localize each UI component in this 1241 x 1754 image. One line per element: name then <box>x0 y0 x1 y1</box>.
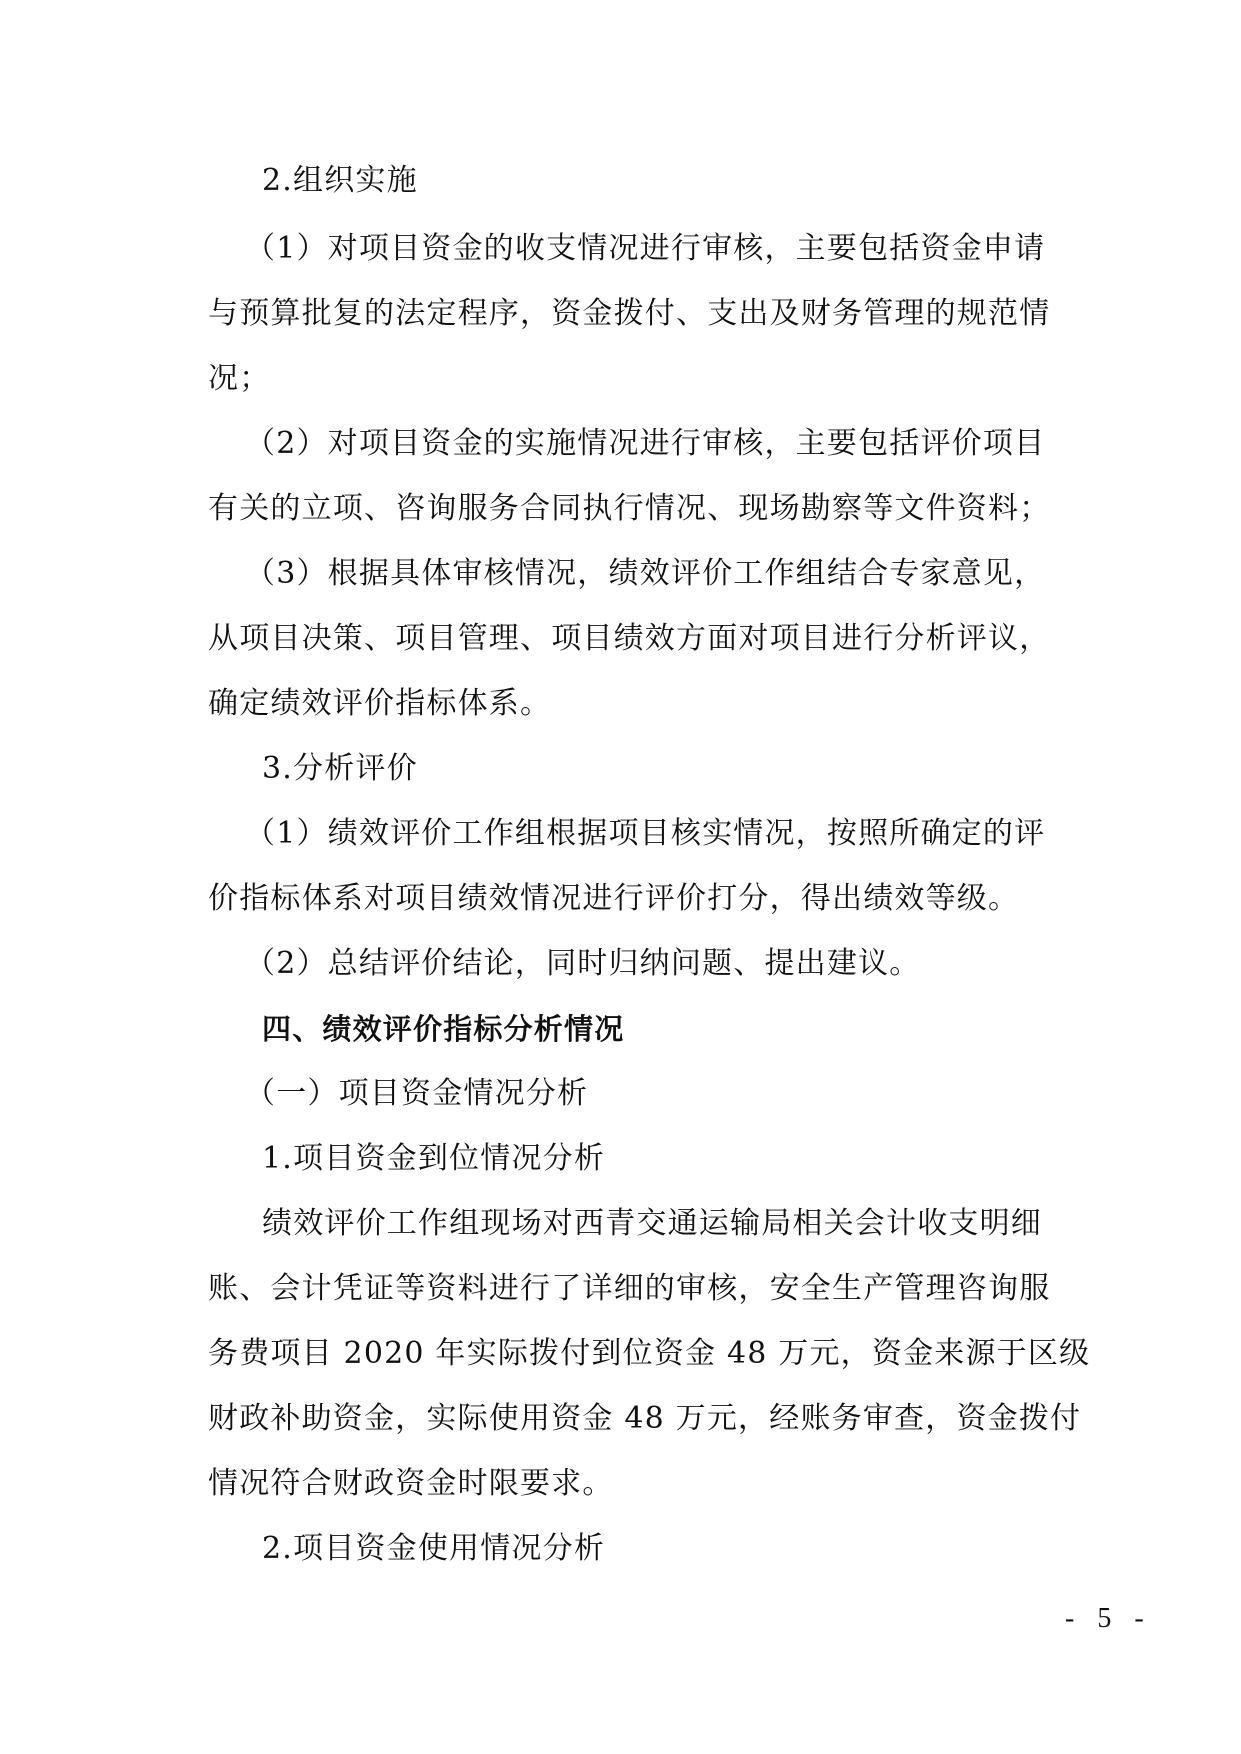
heading-organize-implementation: 2.组织实施 <box>262 161 418 201</box>
paragraph-line: （2）总结评价结论，同时归纳问题、提出建议。 <box>245 944 921 984</box>
document-page: 2.组织实施 （1）对项目资金的收支情况进行审核，主要包括资金申请 与预算批复的… <box>0 0 1241 1754</box>
paragraph-line: 况； <box>208 359 270 399</box>
subheading-fund-arrival: 1.项目资金到位情况分析 <box>262 1139 605 1179</box>
paragraph-line: （3）根据具体审核情况，绩效评价工作组结合专家意见， <box>245 554 1045 594</box>
paragraph-line: 有关的立项、咨询服务合同执行情况、现场勘察等文件资料； <box>208 489 1050 529</box>
paragraph-line: 账、会计凭证等资料进行了详细的审核，安全生产管理咨询服 <box>208 1269 1050 1309</box>
paragraph-line: 从项目决策、项目管理、项目绩效方面对项目进行分析评议， <box>208 619 1050 659</box>
paragraph-line: （2）对项目资金的实施情况进行审核，主要包括评价项目 <box>245 424 1045 464</box>
paragraph-line: 价指标体系对项目绩效情况进行评价打分，得出绩效等级。 <box>208 879 1019 919</box>
paragraph-line: 确定绩效评价指标体系。 <box>208 684 551 724</box>
section-heading-four: 四、绩效评价指标分析情况 <box>262 1009 624 1049</box>
page-number: - 5 - <box>1065 1603 1152 1635</box>
paragraph-line: 与预算批复的法定程序，资金拨付、支出及财务管理的规范情 <box>208 294 1050 334</box>
paragraph-line: （1）对项目资金的收支情况进行审核，主要包括资金申请 <box>245 229 1045 269</box>
paragraph-line: 财政补助资金，实际使用资金 48 万元，经账务审查，资金拨付 <box>208 1399 1081 1439</box>
subheading-fund-usage: 2.项目资金使用情况分析 <box>262 1529 605 1569</box>
heading-analysis-evaluation: 3.分析评价 <box>262 749 418 789</box>
subsection-heading: （一）项目资金情况分析 <box>245 1074 588 1114</box>
paragraph-line: 情况符合财政资金时限要求。 <box>208 1464 614 1504</box>
paragraph-line: 务费项目 2020 年实际拨付到位资金 48 万元，资金来源于区级 <box>208 1334 1090 1374</box>
paragraph-line: （1）绩效评价工作组根据项目核实情况，按照所确定的评 <box>245 814 1045 854</box>
paragraph-line: 绩效评价工作组现场对西青交通运输局相关会计收支明细 <box>262 1204 1042 1244</box>
